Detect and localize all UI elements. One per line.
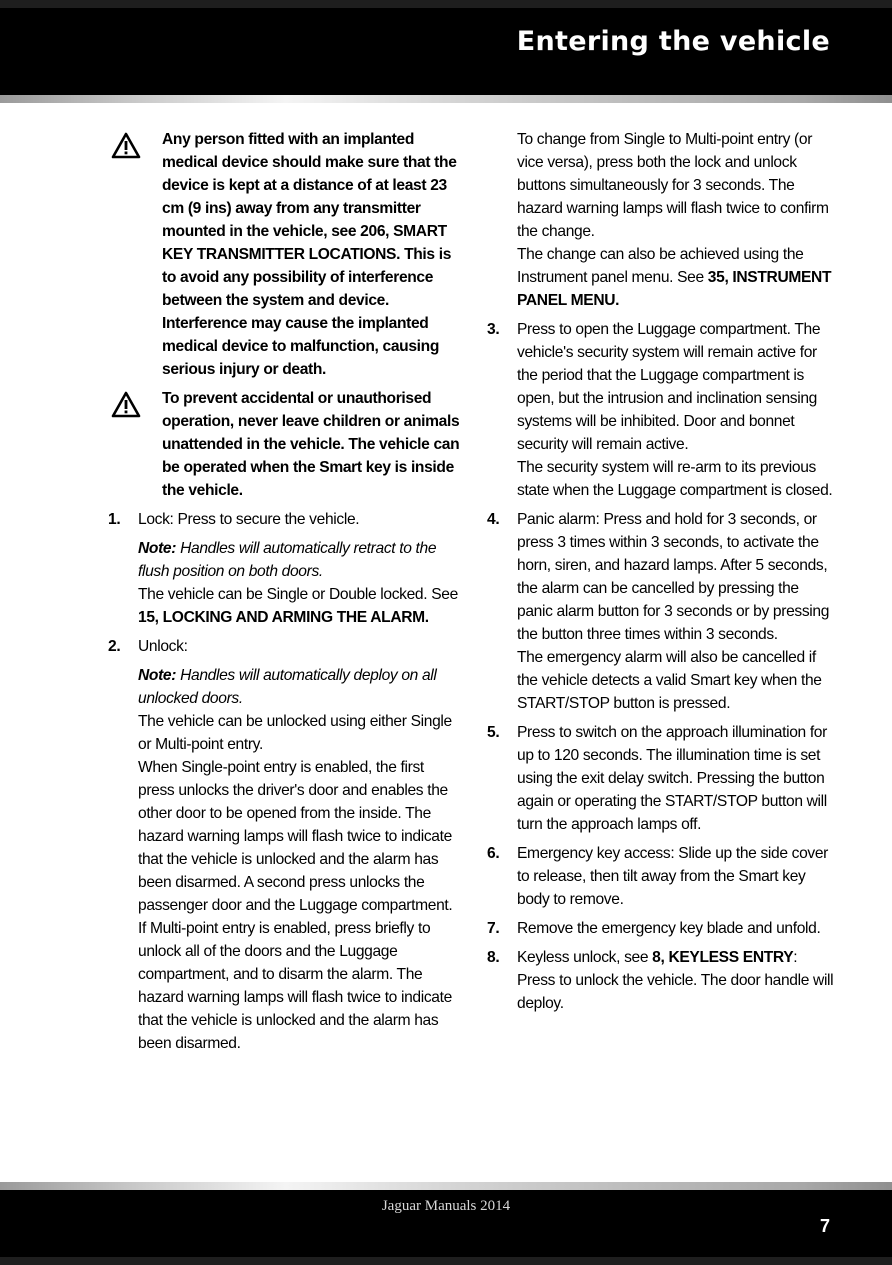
top-edge-bar [0,0,892,8]
item-text: Keyless unlock, see 8, KEYLESS ENTRY: Pr… [517,946,837,1015]
item-paragraph: To change from Single to Multi-point ent… [517,128,837,243]
item-paragraph: The emergency alarm will also be cancell… [517,646,837,715]
page-header: Entering the vehicle [0,8,892,95]
note: Note: Handles will automatically deploy … [138,664,463,710]
item-text: Emergency key access: Slide up the side … [517,842,837,911]
list-item-luggage: 3. Press to open the Luggage compartment… [487,318,837,502]
item-paragraph: The change can also be achieved using th… [517,243,837,312]
bottom-edge-bar [0,1257,892,1265]
list-item-approach-illumination: 5. Press to switch on the approach illum… [487,721,837,836]
list-item-unlock: 2. Unlock: Note: Handles will automatica… [108,635,463,1055]
warning-text: Any person fitted with an implanted medi… [162,128,463,381]
right-column: To change from Single to Multi-point ent… [487,128,837,1015]
item-text: Press to switch on the approach illumina… [517,721,837,836]
header-chrome-divider [0,95,892,103]
item-text: Unlock: [138,635,463,658]
unlock-continuation: To change from Single to Multi-point ent… [487,128,837,312]
note: Note: Handles will automatically retract… [138,537,463,583]
cross-reference-link[interactable]: 8, KEYLESS ENTRY [652,949,793,966]
list-item-emergency-key-blade: 7. Remove the emergency key blade and un… [487,917,837,940]
item-number: 7. [487,917,499,940]
item-paragraph: If Multi-point entry is enabled, press b… [138,917,463,1055]
warning-triangle-icon [111,391,141,419]
item-number: 4. [487,508,499,531]
item-text: Remove the emergency key blade and unfol… [517,917,837,940]
cross-reference-link[interactable]: 15, LOCKING AND ARMING THE ALARM. [138,609,429,626]
footer-brand-text: Jaguar Manuals 2014 [0,1198,892,1215]
list-item-emergency-key-access: 6. Emergency key access: Slide up the si… [487,842,837,911]
item-number: 5. [487,721,499,744]
item-text: Press to open the Luggage compartment. T… [517,318,837,456]
left-column: Any person fitted with an implanted medi… [108,128,463,1055]
note-label: Note: [138,540,176,557]
warning-triangle-icon [111,132,141,160]
item-number: 8. [487,946,499,969]
item-number: 6. [487,842,499,865]
item-paragraph: When Single-point entry is enabled, the … [138,756,463,917]
list-item-lock: 1. Lock: Press to secure the vehicle. No… [108,508,463,629]
item-number: 1. [108,508,120,531]
note-text: Handles will automatically deploy on all… [138,667,437,707]
item-paragraph: The security system will re-arm to its p… [517,456,837,502]
note-label: Note: [138,667,176,684]
item-number: 2. [108,635,120,658]
note-text: Handles will automatically retract to th… [138,540,436,580]
warning-implanted-device: Any person fitted with an implanted medi… [108,128,463,381]
list-item-keyless-unlock: 8. Keyless unlock, see 8, KEYLESS ENTRY:… [487,946,837,1015]
item-text: Lock: Press to secure the vehicle. [138,508,463,531]
page-title: Entering the vehicle [517,26,830,57]
item-number: 3. [487,318,499,341]
item-paragraph: The vehicle can be unlocked using either… [138,710,463,756]
page-footer: Jaguar Manuals 2014 7 [0,1190,892,1257]
footer-chrome-divider [0,1182,892,1190]
warning-text: To prevent accidental or unauthorised op… [162,387,463,502]
item-text: Panic alarm: Press and hold for 3 second… [517,508,837,646]
item-paragraph: The vehicle can be Single or Double lock… [138,583,463,629]
page-number: 7 [820,1216,830,1237]
list-item-panic-alarm: 4. Panic alarm: Press and hold for 3 sec… [487,508,837,715]
warning-children-animals: To prevent accidental or unauthorised op… [108,387,463,502]
